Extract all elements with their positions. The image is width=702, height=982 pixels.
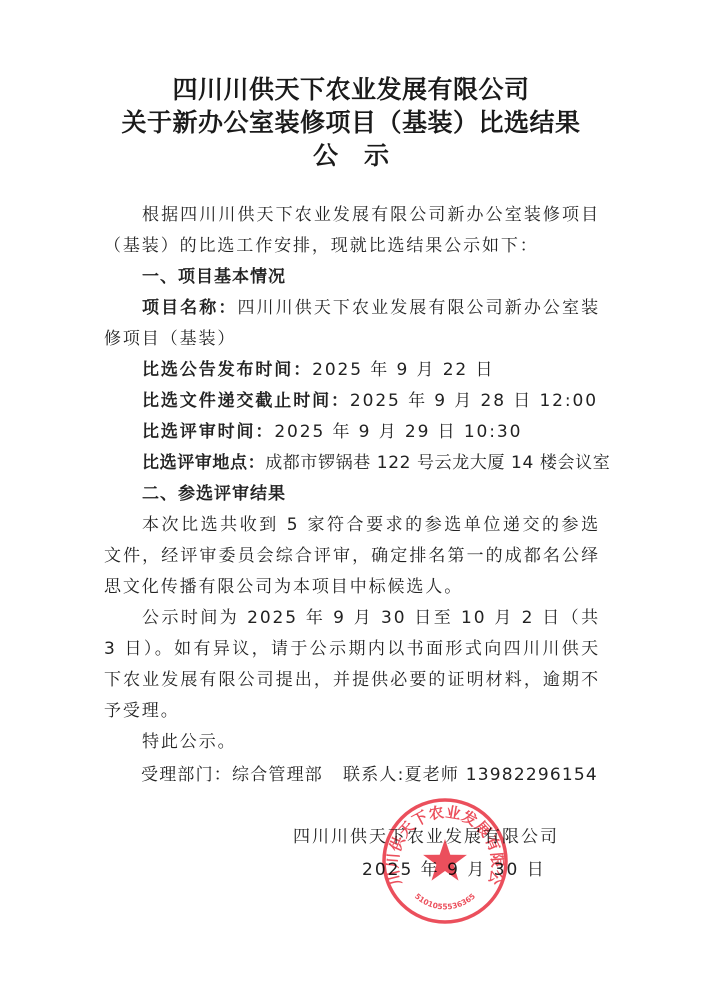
deadline-label: 比选文件递交截止时间： xyxy=(142,391,350,411)
project-name-row: 项目名称：四川川供天下农业发展有限公司新办公室装修项目（基装） xyxy=(104,293,600,355)
deadline-value: 2025 年 9 月 28 日 12:00 xyxy=(350,391,598,411)
closing-paragraph: 特此公示。 xyxy=(104,727,600,758)
announce-date-label: 比选公告发布时间： xyxy=(142,360,312,380)
company-seal-icon: 四川川供天下农业发展有限公司 5101055536365 xyxy=(380,796,510,926)
review-location-label: 比选评审地点： xyxy=(142,453,265,473)
project-name-label: 项目名称： xyxy=(142,298,237,318)
section1-heading: 一、项目基本情况 xyxy=(104,262,600,293)
section2-heading: 二、参选评审结果 xyxy=(104,479,600,510)
contact-line: 受理部门：综合管理部联系人:夏老师 13982296154 xyxy=(141,760,598,791)
document-page: 四川川供天下农业发展有限公司 关于新办公室装修项目（基装）比选结果 公示 根据四… xyxy=(0,0,702,982)
title-notice: 公示 xyxy=(0,139,702,172)
svg-text:四川川供天下农业发展有限公司: 四川川供天下农业发展有限公司 xyxy=(380,796,506,888)
person-value: 夏老师 xyxy=(405,765,460,785)
review-time-label: 比选评审时间： xyxy=(142,422,274,442)
seal-code: 5101055536365 xyxy=(413,892,477,912)
result-paragraph: 本次比选共收到 5 家符合要求的参选单位递交的参选文件，经评审委员会综合评审，确… xyxy=(104,510,600,603)
document-title: 四川川供天下农业发展有限公司 关于新办公室装修项目（基装）比选结果 公示 xyxy=(0,73,702,172)
title-company: 四川川供天下农业发展有限公司 xyxy=(0,73,702,106)
document-body: 根据四川川供天下农业发展有限公司新办公室装修项目（基装）的比选工作安排，现就比选… xyxy=(104,200,600,758)
title-subject: 关于新办公室装修项目（基装）比选结果 xyxy=(0,106,702,139)
phone-number: 13982296154 xyxy=(466,765,598,785)
person-label: 联系人: xyxy=(343,765,405,785)
review-location-value: 成都市锣锅巷 122 号云龙大厦 14 楼会议室 xyxy=(265,453,610,473)
intro-paragraph: 根据四川川供天下农业发展有限公司新办公室装修项目（基装）的比选工作安排，现就比选… xyxy=(104,200,600,262)
dept-label: 受理部门： xyxy=(141,765,232,785)
deadline-row: 比选文件递交截止时间：2025 年 9 月 28 日 12:00 xyxy=(104,386,600,417)
dept-value: 综合管理部 xyxy=(232,765,323,785)
announce-date-row: 比选公告发布时间：2025 年 9 月 22 日 xyxy=(104,355,600,386)
publicity-paragraph: 公示时间为 2025 年 9 月 30 日至 10 月 2 日（共 3 日）。如… xyxy=(104,603,600,727)
review-time-row: 比选评审时间：2025 年 9 月 29 日 10:30 xyxy=(104,417,600,448)
review-location-row: 比选评审地点：成都市锣锅巷 122 号云龙大厦 14 楼会议室 xyxy=(104,448,600,479)
svg-text:5101055536365: 5101055536365 xyxy=(413,892,477,912)
review-time-value: 2025 年 9 月 29 日 10:30 xyxy=(274,422,522,442)
seal-text: 四川川供天下农业发展有限公司 xyxy=(380,796,506,888)
announce-date-value: 2025 年 9 月 22 日 xyxy=(312,360,494,380)
